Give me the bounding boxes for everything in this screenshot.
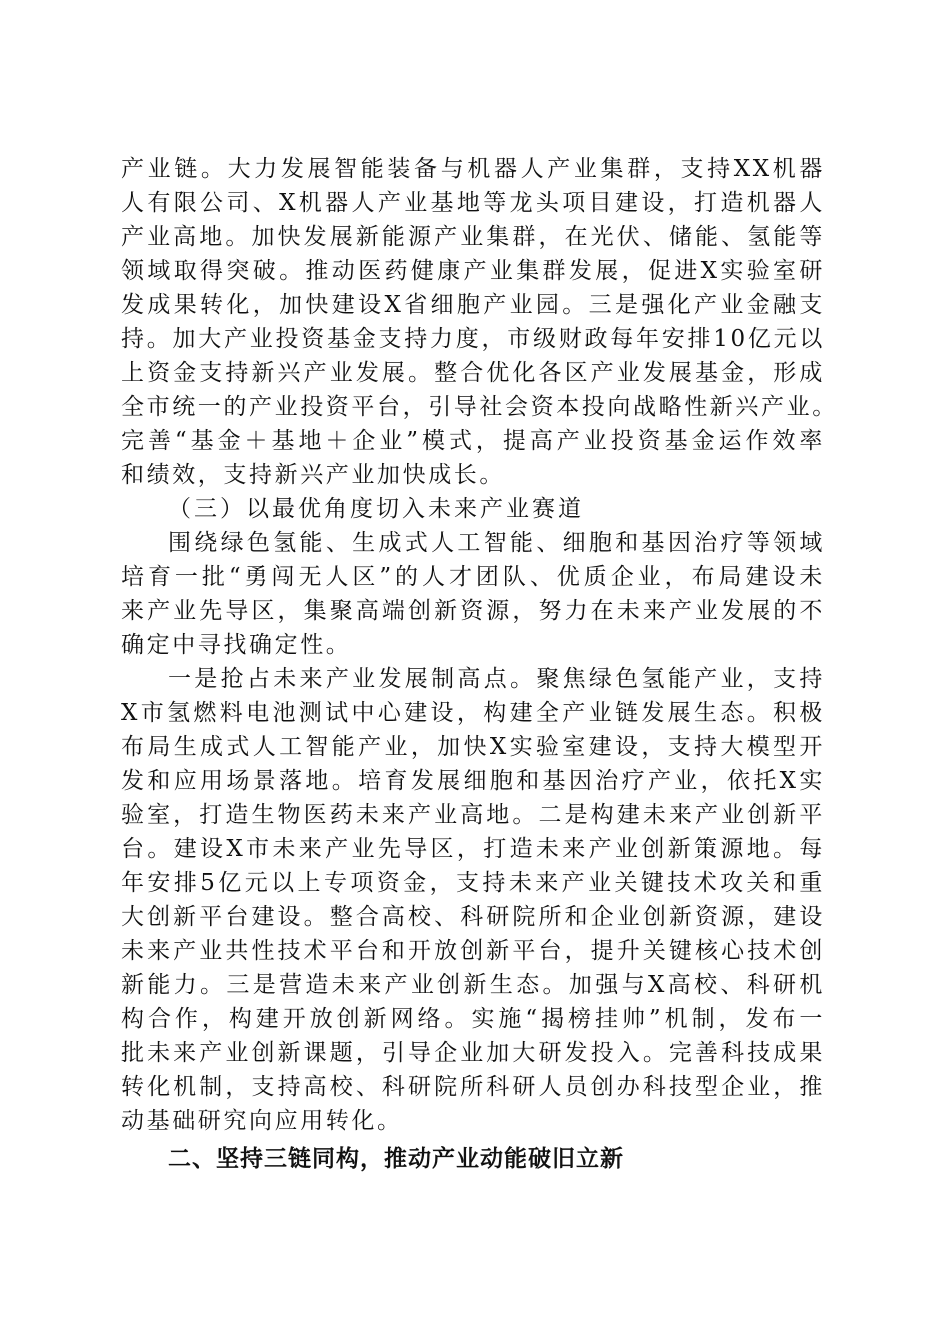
body-text-line: 布局生成式人工智能产业，加快X实验室建设，支持大模型开: [121, 730, 825, 764]
paragraph-first-line: 一是抢占未来产业发展制高点。聚焦绿色氢能产业，支持: [121, 662, 825, 696]
document-page: 产业链。大力发展智能装备与机器人产业集群，支持XX机器 人有限公司、X机器人产业…: [0, 0, 950, 1344]
body-text-line: 全市统一的产业投资平台，引导社会资本投向战略性新兴产业。: [121, 390, 825, 424]
document-body: 产业链。大力发展智能装备与机器人产业集群，支持XX机器 人有限公司、X机器人产业…: [121, 152, 825, 1176]
body-text-line: 产业链。大力发展智能装备与机器人产业集群，支持XX机器: [121, 152, 825, 186]
body-text-line: 发成果转化，加快建设X省细胞产业园。三是强化产业金融支: [121, 288, 825, 322]
body-text-line: 来产业先导区，集聚高端创新资源，努力在未来产业发展的不: [121, 594, 825, 628]
section-heading-3: （三）以最优角度切入未来产业赛道: [121, 492, 825, 526]
body-text-line: 大创新平台建设。整合高校、科研院所和企业创新资源，建设: [121, 900, 825, 934]
section-heading-2: 二、坚持三链同构，推动产业动能破旧立新: [121, 1142, 825, 1176]
body-text-line: 持。加大产业投资基金支持力度，市级财政每年安排10亿元以: [121, 322, 825, 356]
body-text-line: 构合作，构建开放创新网络。实施“揭榜挂帅”机制，发布一: [121, 1002, 825, 1036]
body-text-line: X市氢燃料电池测试中心建设，构建全产业链发展生态。积极: [121, 696, 825, 730]
body-text-line: 新能力。三是营造未来产业创新生态。加强与X高校、科研机: [121, 968, 825, 1002]
paragraph-first-line: 围绕绿色氢能、生成式人工智能、细胞和基因治疗等领域: [121, 526, 825, 560]
body-text-line: 批未来产业创新课题，引导企业加大研发投入。完善科技成果: [121, 1036, 825, 1070]
body-text-line: 人有限公司、X机器人产业基地等龙头项目建设，打造机器人: [121, 186, 825, 220]
body-text-line: 领域取得突破。推动医药健康产业集群发展，促进X实验室研: [121, 254, 825, 288]
body-text-line: 上资金支持新兴产业发展。整合优化各区产业发展基金，形成: [121, 356, 825, 390]
body-text-line: 验室，打造生物医药未来产业高地。二是构建未来产业创新平: [121, 798, 825, 832]
body-text-line: 确定中寻找确定性。: [121, 628, 825, 662]
body-text-line: 转化机制，支持高校、科研院所科研人员创办科技型企业，推: [121, 1070, 825, 1104]
body-text-line: 台。建设X市未来产业先导区，打造未来产业创新策源地。每: [121, 832, 825, 866]
body-text-line: 发和应用场景落地。培育发展细胞和基因治疗产业，依托X实: [121, 764, 825, 798]
body-text-line: 产业高地。加快发展新能源产业集群，在光伏、储能、氢能等: [121, 220, 825, 254]
body-text-line: 未来产业共性技术平台和开放创新平台，提升关键核心技术创: [121, 934, 825, 968]
body-text-line: 完善“基金＋基地＋企业”模式，提高产业投资基金运作效率: [121, 424, 825, 458]
body-text-line: 培育一批“勇闯无人区”的人才团队、优质企业，布局建设未: [121, 560, 825, 594]
body-text-line: 年安排5亿元以上专项资金，支持未来产业关键技术攻关和重: [121, 866, 825, 900]
body-text-line: 动基础研究向应用转化。: [121, 1104, 825, 1138]
body-text-line: 和绩效，支持新兴产业加快成长。: [121, 458, 825, 492]
